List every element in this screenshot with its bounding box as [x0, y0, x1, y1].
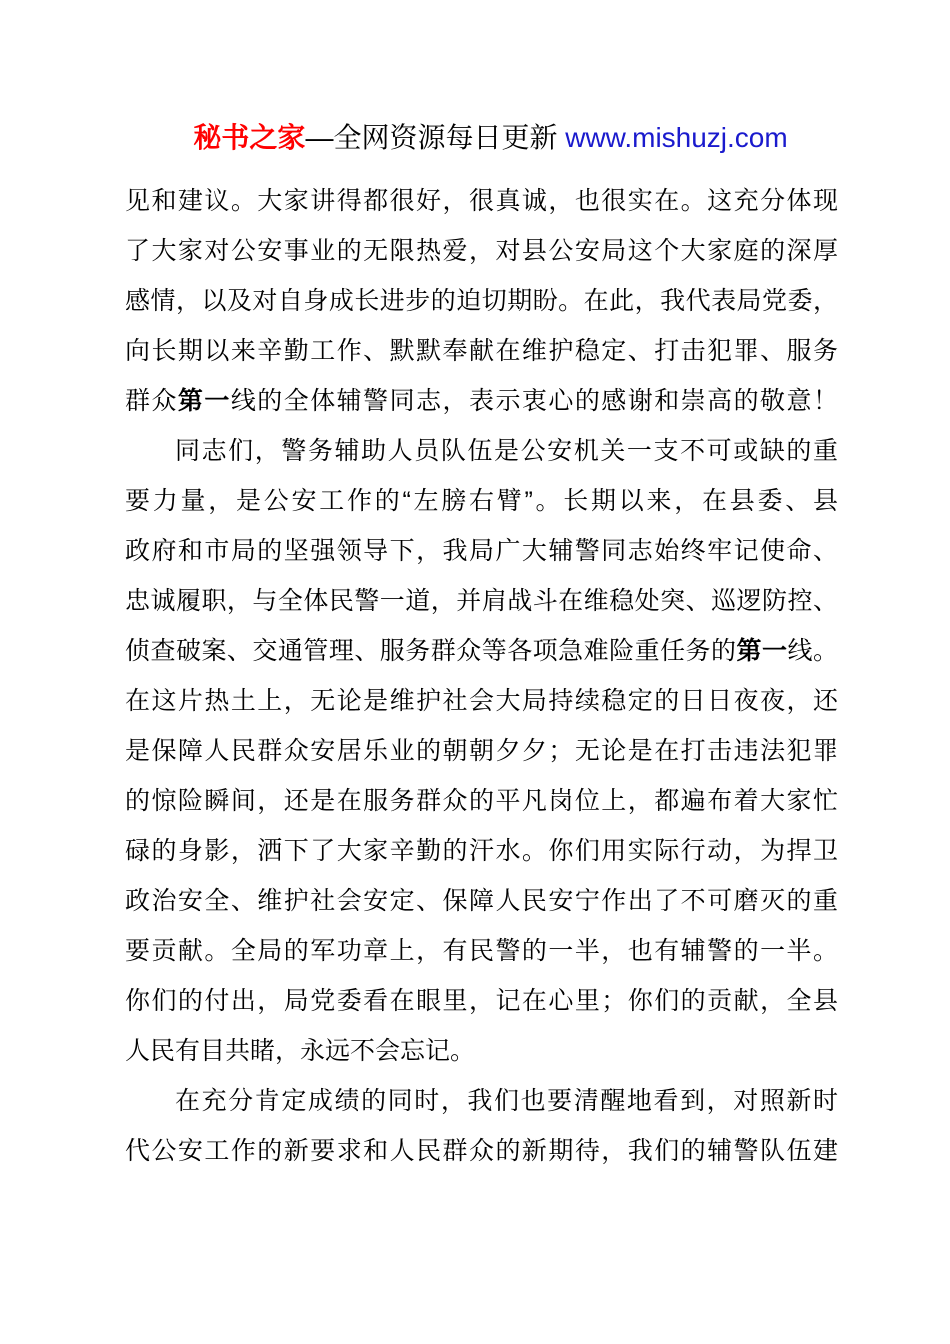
text-line: 同志们，警务辅助人员队伍是公安机关一支不可或缺的重 [125, 426, 838, 476]
text-run: 碌的身影，洒下了大家辛勤的汗水。你们用实际行动，为捍卫 [125, 837, 838, 865]
text-line: 的惊险瞬间，还是在服务群众的平凡岗位上，都遍布着大家忙 [125, 776, 838, 826]
text-run: 在充分肯定成绩的同时，我们也要清醒地看到，对照新时 [175, 1087, 838, 1115]
text-line: 代公安工作的新要求和人民群众的新期待，我们的辅警队伍建 [125, 1126, 838, 1176]
text-line: 是保障人民群众安居乐业的朝朝夕夕；无论是在打击违法犯罪 [125, 726, 838, 776]
text-run: 要力量，是公安工作的“左膀右臂”。长期以来，在县委、县 [125, 487, 838, 515]
text-run: 感情，以及对自身成长进步的迫切期盼。在此，我代表局党委， [125, 287, 838, 315]
text-line: 群众第一线的全体辅警同志，表示衷心的感谢和崇高的敬意！ [125, 376, 838, 426]
text-run: 在这片热土上，无论是维护社会大局持续稳定的日日夜夜，还 [125, 687, 838, 715]
text-run: 的惊险瞬间，还是在服务群众的平凡岗位上，都遍布着大家忙 [125, 787, 838, 815]
text-run: 侦查破案、交通管理、服务群众等各项急难险重任务的 [125, 637, 737, 665]
text-run: 人民有目共睹，永远不会忘记。 [125, 1037, 475, 1065]
text-run: 见和建议。大家讲得都很好，很真诚，也很实在。这充分体现 [125, 187, 838, 215]
text-run: 线。 [788, 637, 838, 665]
text-run: 同志们，警务辅助人员队伍是公安机关一支不可或缺的重 [175, 437, 838, 465]
text-line: 政府和市局的坚强领导下，我局广大辅警同志始终牢记使命、 [125, 526, 838, 576]
text-line: 碌的身影，洒下了大家辛勤的汗水。你们用实际行动，为捍卫 [125, 826, 838, 876]
site-url-link[interactable]: www.mishuzj.com [565, 122, 787, 153]
text-line: 了大家对公安事业的无限热爱，对县公安局这个大家庭的深厚 [125, 226, 838, 276]
text-line: 见和建议。大家讲得都很好，很真诚，也很实在。这充分体现 [125, 176, 838, 226]
site-name: 秘书之家 [193, 122, 305, 153]
text-run: 是保障人民群众安居乐业的朝朝夕夕；无论是在打击违法犯罪 [125, 737, 838, 765]
text-line: 你们的付出，局党委看在眼里，记在心里；你们的贡献，全县 [125, 976, 838, 1026]
text-line: 在充分肯定成绩的同时，我们也要清醒地看到，对照新时 [125, 1076, 838, 1126]
text-line: 要力量，是公安工作的“左膀右臂”。长期以来，在县委、县 [125, 476, 838, 526]
text-run: 要贡献。全局的军功章上，有民警的一半，也有辅警的一半。 [125, 937, 838, 965]
text-line: 人民有目共睹，永远不会忘记。 [125, 1026, 838, 1076]
text-line: 侦查破案、交通管理、服务群众等各项急难险重任务的第一线。 [125, 626, 838, 676]
document-body: 见和建议。大家讲得都很好，很真诚，也很实在。这充分体现了大家对公安事业的无限热爱… [125, 176, 838, 1176]
text-run: 政府和市局的坚强领导下，我局广大辅警同志始终牢记使命、 [125, 537, 838, 565]
text-line: 要贡献。全局的军功章上，有民警的一半，也有辅警的一半。 [125, 926, 838, 976]
text-line: 在这片热土上，无论是维护社会大局持续稳定的日日夜夜，还 [125, 676, 838, 726]
site-tagline: —全网资源每日更新 [305, 122, 565, 153]
bold-text-run: 第一 [737, 637, 788, 665]
document-page: 秘书之家—全网资源每日更新 www.mishuzj.com 见和建议。大家讲得都… [0, 0, 950, 1344]
text-line: 感情，以及对自身成长进步的迫切期盼。在此，我代表局党委， [125, 276, 838, 326]
text-run: 你们的付出，局党委看在眼里，记在心里；你们的贡献，全县 [125, 987, 838, 1015]
text-run: 群众 [125, 387, 178, 415]
text-line: 政治安全、维护社会安定、保障人民安宁作出了不可磨灭的重 [125, 876, 838, 926]
text-run: 政治安全、维护社会安定、保障人民安宁作出了不可磨灭的重 [125, 887, 838, 915]
text-line: 向长期以来辛勤工作、默默奉献在维护稳定、打击犯罪、服务 [125, 326, 838, 376]
text-run: 忠诚履职，与全体民警一道，并肩战斗在维稳处突、巡逻防控、 [125, 587, 838, 615]
text-run: 代公安工作的新要求和人民群众的新期待，我们的辅警队伍建 [125, 1137, 838, 1165]
text-run: 线的全体辅警同志，表示衷心的感谢和崇高的敬意！ [231, 387, 838, 415]
bold-text-run: 第一 [178, 387, 231, 415]
text-run: 向长期以来辛勤工作、默默奉献在维护稳定、打击犯罪、服务 [125, 337, 838, 365]
text-line: 忠诚履职，与全体民警一道，并肩战斗在维稳处突、巡逻防控、 [125, 576, 838, 626]
text-run: 了大家对公安事业的无限热爱，对县公安局这个大家庭的深厚 [125, 237, 838, 265]
